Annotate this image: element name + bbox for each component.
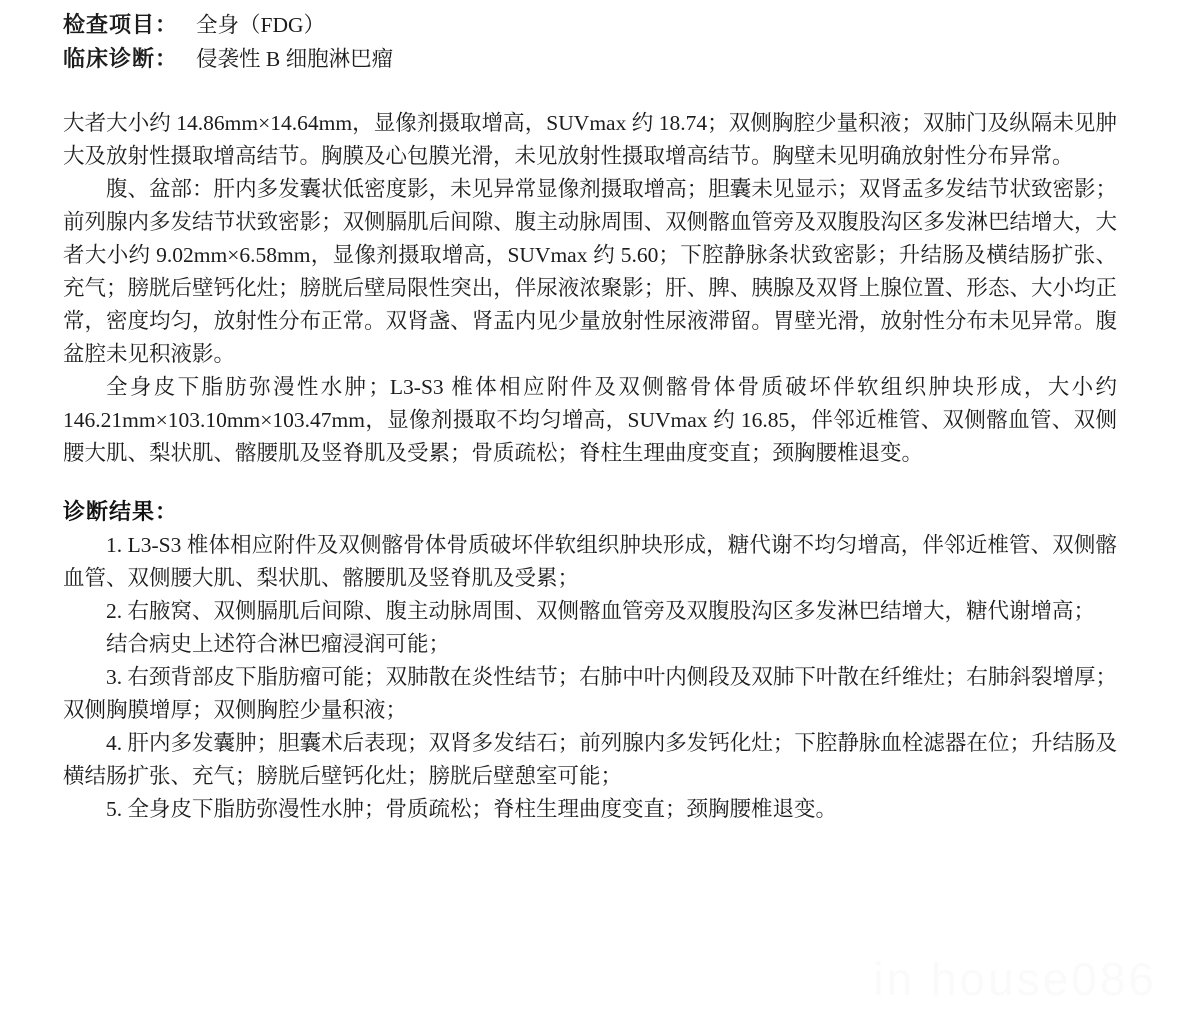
watermark: in house086 — [873, 952, 1157, 1006]
findings-paragraph-2: 腹、盆部：肝内多发囊状低密度影，未见异常显像剂摄取增高；胆囊未见显示；双肾盂多发… — [63, 173, 1117, 371]
diagnosis-item-3: 3. 右颈背部皮下脂肪瘤可能；双肺散在炎性结节；右肺中叶内侧段及双肺下叶散在纤维… — [63, 661, 1117, 727]
diagnosis-item-5: 5. 全身皮下脂肪弥漫性水肿；骨质疏松；脊柱生理曲度变直；颈胸腰椎退变。 — [63, 793, 1117, 826]
clinical-diagnosis-row: 临床诊断： 侵袭性 B 细胞淋巴瘤 — [63, 42, 1117, 76]
exam-item-value: 全身（FDG） — [196, 9, 325, 42]
clinical-diagnosis-value: 侵袭性 B 细胞淋巴瘤 — [196, 43, 393, 76]
diagnosis-item-1: 1. L3-S3 椎体相应附件及双侧髂骨体骨质破坏伴软组织肿块形成，糖代谢不均匀… — [63, 529, 1117, 595]
diagnosis-item-4: 4. 肝内多发囊肿；胆囊术后表现；双肾多发结石；前列腺内多发钙化灶；下腔静脉血栓… — [63, 727, 1117, 793]
diagnosis-section: 诊断结果： 1. L3-S3 椎体相应附件及双侧髂骨体骨质破坏伴软组织肿块形成，… — [63, 494, 1117, 826]
exam-item-label: 检查项目： — [63, 8, 178, 41]
report-header: 检查项目： 全身（FDG） 临床诊断： 侵袭性 B 细胞淋巴瘤 — [63, 8, 1117, 76]
exam-item-row: 检查项目： 全身（FDG） — [63, 8, 1117, 42]
diagnosis-item-2: 2. 右腋窝、双侧膈肌后间隙、腹主动脉周围、双侧髂血管旁及双腹股沟区多发淋巴结增… — [63, 595, 1117, 628]
findings-paragraph-3: 全身皮下脂肪弥漫性水肿；L3-S3 椎体相应附件及双侧髂骨体骨质破坏伴软组织肿块… — [63, 371, 1117, 470]
findings-section: 大者大小约 14.86mm×14.64mm，显像剂摄取增高，SUVmax 约 1… — [63, 107, 1117, 470]
clinical-diagnosis-label: 临床诊断： — [63, 42, 178, 75]
diagnosis-item-2-note: 结合病史上述符合淋巴瘤浸润可能； — [63, 628, 1117, 661]
diagnosis-heading: 诊断结果： — [63, 494, 1117, 529]
medical-report-page: 检查项目： 全身（FDG） 临床诊断： 侵袭性 B 细胞淋巴瘤 大者大小约 14… — [0, 0, 1179, 1031]
findings-paragraph-1: 大者大小约 14.86mm×14.64mm，显像剂摄取增高，SUVmax 约 1… — [63, 107, 1117, 173]
